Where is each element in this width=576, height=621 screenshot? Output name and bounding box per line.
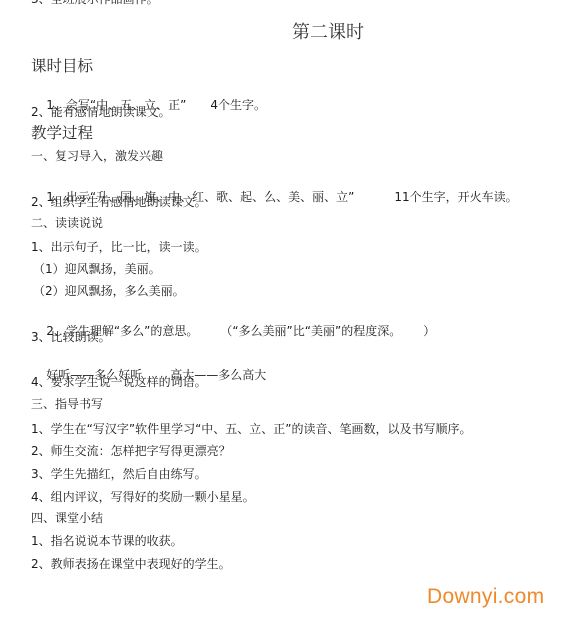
part1-heading: 一、复习导入，激发兴趣 [31, 148, 163, 164]
part3-heading: 三、指导书写 [31, 396, 103, 412]
objectives-heading: 课时目标 [31, 56, 93, 76]
part2-item: （1）迎风飘扬，美丽。 [33, 261, 161, 277]
part3-item: 1、学生在“写汉字”软件里学习“中、五、立、正”的读音、笔画数，以及书写顺序。 [31, 421, 472, 437]
part1-item: 2、组织学生有感情地朗读课文。 [31, 194, 207, 210]
part2-heading: 二、读读说说 [31, 215, 103, 231]
part4-item: 1、指名说说本节课的收获。 [31, 533, 183, 549]
part4-heading: 四、课堂小结 [31, 510, 103, 526]
part2-item: （2）迎风飘扬，多么美丽。 [33, 283, 185, 299]
site-watermark: Downyi.com [427, 584, 544, 610]
part3-item: 3、学生先描红，然后自由练写。 [31, 466, 207, 482]
lesson-title: 第二课时 [292, 21, 364, 45]
process-heading: 教学过程 [31, 123, 93, 143]
part2-item: 4、要求学生说一说这样的词语。 [31, 374, 207, 390]
previous-section-tail: 3、全班展示作品画作。 [31, 0, 159, 7]
objective-item: 2、能有感情地朗读课文。 [31, 104, 171, 120]
part3-item: 2、师生交流：怎样把字写得更漂亮？ [31, 443, 231, 459]
part4-item: 2、教师表扬在课堂中表现好的学生。 [31, 556, 231, 572]
part3-item: 4、组内评议，写得好的奖励一颗小星星。 [31, 489, 255, 505]
part2-item: 3、比较朗读。 [31, 329, 111, 345]
part2-item: 1、出示句子，比一比，读一读。 [31, 239, 207, 255]
